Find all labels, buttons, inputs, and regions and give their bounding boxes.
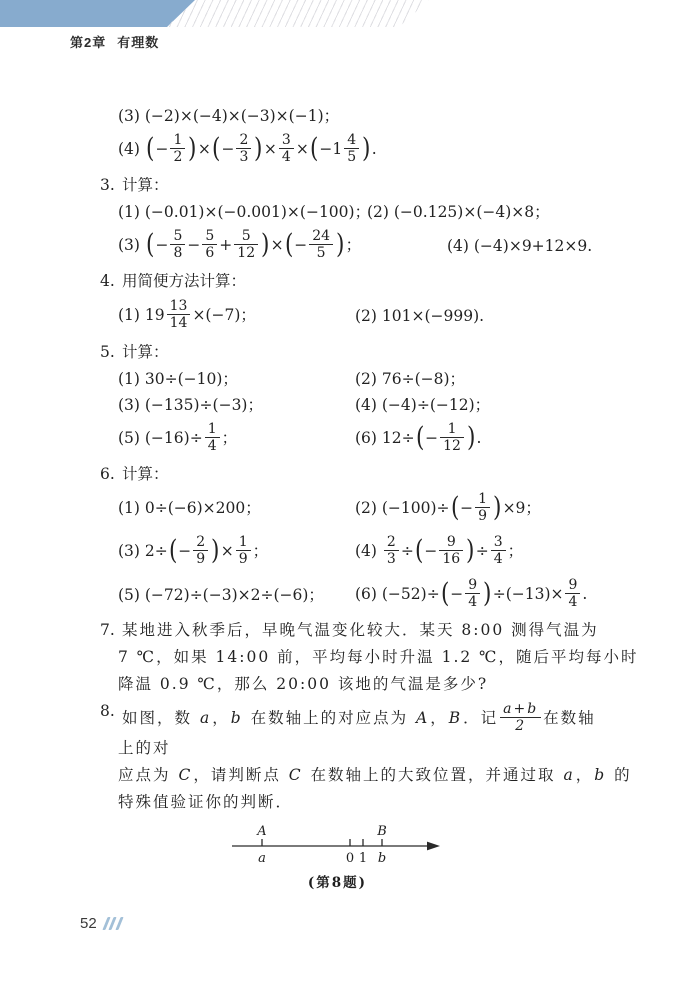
fraction-denominator: 12 <box>440 438 464 454</box>
problem-row: (3) (−135)÷(−3)；(4) (−4)÷(−12)； <box>118 395 602 416</box>
math-text: ； <box>253 542 269 560</box>
math-text: − <box>294 236 307 254</box>
math-text: (3) 2÷ <box>118 542 168 560</box>
fraction-numerator: 1 <box>440 421 464 438</box>
problem-title: 如图，数 a，b 在数轴上的对应点为 A，B．记a+b2在数轴上的对 <box>118 709 596 756</box>
fraction: 512 <box>234 228 258 261</box>
math-text: ．记 <box>463 709 498 727</box>
fraction: 56 <box>202 228 217 261</box>
fraction: 23 <box>384 534 399 567</box>
math-expression: (3) 2÷(−29)×19； <box>118 534 355 570</box>
math-text: (4) (−4)÷(−12)； <box>355 396 490 414</box>
math-text: − <box>425 429 438 447</box>
label-a: a <box>258 851 266 866</box>
problem-row: (5) (−16)÷14；(6) 12÷(−112). <box>118 421 602 457</box>
fraction: 58 <box>170 228 185 261</box>
math-text: × <box>221 542 234 560</box>
math-text: − <box>155 140 168 158</box>
fraction-denominator: 2 <box>170 149 185 165</box>
problem-row: (3) (−2)×(−4)×(−3)×(−1)； <box>118 106 602 127</box>
label-b: b <box>378 851 386 866</box>
fraction-numerator: 13 <box>167 298 191 315</box>
math-text: . <box>477 429 482 447</box>
math-expression: 降温 0.9 ℃，那么 20:00 该地的气温是多少? <box>118 674 602 695</box>
math-text: 特殊值验证你的判断． <box>118 793 293 811</box>
problem-heading: 5.计算： <box>118 342 602 363</box>
fraction-numerator: 5 <box>202 228 217 245</box>
problem-number: 4. <box>100 271 115 292</box>
math-expression: (5) (−16)÷14； <box>118 421 355 457</box>
math-text: ×9； <box>503 499 541 517</box>
fraction: 916 <box>439 534 463 567</box>
math-text: (2) (−100)÷ <box>355 499 450 517</box>
fraction-numerator: 1 <box>205 421 220 438</box>
footer-slash-icon <box>115 917 123 930</box>
math-text: (2) (−0.125)×(−4)×8； <box>367 203 550 221</box>
math-text: (2) 76÷(−8)； <box>355 370 465 388</box>
math-expression: (2) (−100)÷(−19)×9； <box>355 491 541 527</box>
number-line-svg: A B a 0 1 b <box>230 823 445 869</box>
fraction-numerator: 4 <box>344 132 359 149</box>
math-text: (1) 0÷(−6)×200； <box>118 499 261 517</box>
math-text: (1) 19 <box>118 306 165 324</box>
problem-title: 用简便方法计算： <box>122 272 246 290</box>
page-footer: 52 <box>80 913 121 934</box>
variable: b <box>593 766 607 784</box>
math-expression: (4) (−4)÷(−12)； <box>355 395 490 416</box>
math-text: 的 <box>607 766 631 784</box>
header-accent-bar <box>0 0 195 27</box>
math-expression: 应点为 C，请判断点 C 在数轴上的大致位置，并通过取 a，b 的 <box>118 765 602 786</box>
problem-row: 7 ℃，如果 14:00 前，平均每小时升温 1.2 ℃，随后平均每小时 <box>118 647 602 668</box>
fraction-numerator: 5 <box>170 228 185 245</box>
fraction-denominator: 8 <box>170 245 185 261</box>
problem-number: 6. <box>100 464 115 485</box>
fraction-denominator: 4 <box>465 594 480 610</box>
page-number: 52 <box>80 913 97 934</box>
fraction-numerator: 1 <box>170 132 185 149</box>
problem-row: 应点为 C，请判断点 C 在数轴上的大致位置，并通过取 a，b 的 <box>118 765 602 786</box>
math-text: (2) 101×(−999). <box>355 307 484 325</box>
problem-row: (4) (−12)×(−23)×34×(−145). <box>118 132 602 168</box>
fraction: 23 <box>236 132 251 165</box>
math-text: (1) (−0.01)×(−0.001)×(−100)； <box>118 203 370 221</box>
variable: C <box>177 766 193 784</box>
fraction-denominator: 6 <box>202 245 217 261</box>
math-text: ×(−7)； <box>192 306 255 324</box>
math-text: ； <box>508 542 524 560</box>
problem-row: 特殊值验证你的判断． <box>118 792 602 813</box>
problem-row: (1) 30÷(−10)；(2) 76÷(−8)； <box>118 369 602 390</box>
fraction-denominator: 14 <box>167 315 191 331</box>
math-text: ， <box>430 709 448 727</box>
math-expression: (5) (−72)÷(−3)×2÷(−6)； <box>118 585 355 606</box>
math-text: ，请判断点 <box>193 766 287 784</box>
problem: 7.某地进入秋季后，早晚气温变化较大．某天 8:00 测得气温为7 ℃，如果 1… <box>100 620 602 695</box>
math-expression: (1) (−0.01)×(−0.001)×(−100)； <box>118 202 355 223</box>
problem: (3) (−2)×(−4)×(−3)×(−1)；(4) (−12)×(−23)×… <box>100 106 602 168</box>
fraction-numerator: 1 <box>475 491 490 508</box>
math-expression: (4) 23÷(−916)÷34； <box>355 534 523 570</box>
fraction-numerator: 2 <box>193 534 208 551</box>
fraction-denominator: 16 <box>439 551 463 567</box>
math-expression: (4) (−4)×9+12×9. <box>447 236 592 257</box>
math-text: 计算： <box>122 343 169 361</box>
fraction: 29 <box>193 534 208 567</box>
math-expression: (1) 191314×(−7)； <box>118 298 355 334</box>
math-text: 降温 0.9 ℃，那么 20:00 该地的气温是多少? <box>118 675 488 693</box>
problem-number: 3. <box>100 175 115 196</box>
fraction-denominator: 3 <box>236 149 251 165</box>
math-expression: (2) 76÷(−8)； <box>355 369 465 390</box>
label-zero: 0 <box>346 851 354 866</box>
problem-row: (1) 0÷(−6)×200；(2) (−100)÷(−19)×9； <box>118 491 602 527</box>
fraction-numerator: 1 <box>236 534 251 551</box>
math-text: × <box>296 140 309 158</box>
problem-heading: 4.用简便方法计算： <box>118 271 602 292</box>
problem: 5.计算：(1) 30÷(−10)；(2) 76÷(−8)；(3) (−135)… <box>100 342 602 457</box>
math-text: − <box>450 585 463 603</box>
fraction: a+b2 <box>500 701 541 734</box>
fraction-numerator: a+b <box>500 701 541 718</box>
problem: 6.计算：(1) 0÷(−6)×200；(2) (−100)÷(−19)×9；(… <box>100 464 602 614</box>
fraction: 12 <box>170 132 185 165</box>
page-content: (3) (−2)×(−4)×(−3)×(−1)；(4) (−12)×(−23)×… <box>100 106 602 894</box>
problem-row: (1) 191314×(−7)；(2) 101×(−999). <box>118 298 602 334</box>
chapter-title: 有理数 <box>117 35 159 50</box>
chapter-header: 第2章有理数 <box>70 32 159 53</box>
variable: C <box>288 766 304 784</box>
problem-row: (5) (−72)÷(−3)×2÷(−6)；(6) (−52)÷(−94)÷(−… <box>118 577 602 613</box>
math-text: . <box>372 140 377 158</box>
variable: a <box>199 709 212 727</box>
fraction: 34 <box>491 534 506 567</box>
math-expression: 7 ℃，如果 14:00 前，平均每小时升温 1.2 ℃，随后平均每小时 <box>118 647 602 668</box>
variable: b <box>230 709 244 727</box>
problem: 3.计算：(1) (−0.01)×(−0.001)×(−100)；(2) (−0… <box>100 175 602 264</box>
problem-title: 计算： <box>122 465 169 483</box>
problem-list: (3) (−2)×(−4)×(−3)×(−1)；(4) (−12)×(−23)×… <box>100 106 602 813</box>
axis-arrow-icon <box>427 841 440 850</box>
fraction: 245 <box>309 228 333 261</box>
math-text: 计算： <box>122 465 169 483</box>
math-text: × <box>264 140 277 158</box>
math-text: (5) (−16)÷ <box>118 429 203 447</box>
math-text: (6) 12÷ <box>355 429 415 447</box>
fraction-denominator: 12 <box>234 245 258 261</box>
problem-title: 计算： <box>122 176 169 194</box>
problem-heading: 3.计算： <box>118 175 602 196</box>
fraction-numerator: 5 <box>234 228 258 245</box>
fraction-numerator: 9 <box>465 577 480 594</box>
math-text: 应点为 <box>118 766 177 784</box>
figure-caption: (第8题) <box>230 873 445 894</box>
math-text: ÷ <box>476 542 489 560</box>
math-expression: (6) (−52)÷(−94)÷(−13)×94. <box>355 577 587 613</box>
chapter-label: 第2章 <box>70 35 106 50</box>
math-text: (1) 30÷(−10)； <box>118 370 238 388</box>
math-text: ÷(−13)× <box>493 585 564 603</box>
problem-title: 某地进入秋季后，早晚气温变化较大．某天 8:00 测得气温为 <box>122 621 599 639</box>
math-text: × <box>271 236 284 254</box>
math-text: (4) (−4)×9+12×9. <box>447 237 592 255</box>
problem-heading: 8.如图，数 a，b 在数轴上的对应点为 A，B．记a+b2在数轴上的对 <box>118 701 602 758</box>
number-line-figure: A B a 0 1 b <box>230 823 445 869</box>
fraction-numerator: 9 <box>565 577 580 594</box>
math-expression: (1) 30÷(−10)； <box>118 369 355 390</box>
fraction-numerator: 9 <box>439 534 463 551</box>
math-text: (6) (−52)÷ <box>355 585 440 603</box>
problem: 8.如图，数 a，b 在数轴上的对应点为 A，B．记a+b2在数轴上的对应点为 … <box>100 701 602 812</box>
math-text: − <box>424 542 437 560</box>
fraction: 112 <box>440 421 464 454</box>
math-text: (3) (−2)×(−4)×(−3)×(−1)； <box>118 107 339 125</box>
math-text: (4) <box>355 542 382 560</box>
math-text: (5) (−72)÷(−3)×2÷(−6)； <box>118 586 324 604</box>
math-text: − <box>178 542 191 560</box>
math-expression: (2) 101×(−999). <box>355 306 484 327</box>
fraction: 19 <box>475 491 490 524</box>
fraction: 19 <box>236 534 251 567</box>
fraction-denominator: 4 <box>279 149 294 165</box>
fraction-denominator: 4 <box>205 438 220 454</box>
variable: B <box>448 709 463 727</box>
math-expression: (3) (−58−56+512)×(−245)； <box>118 228 355 264</box>
math-text: (3) <box>118 236 145 254</box>
problem-row: (3) 2÷(−29)×19；(4) 23÷(−916)÷34； <box>118 534 602 570</box>
fraction: 14 <box>205 421 220 454</box>
fraction-numerator: 3 <box>279 132 294 149</box>
fraction: 45 <box>344 132 359 165</box>
math-text: 7 ℃，如果 14:00 前，平均每小时升温 1.2 ℃，随后平均每小时 <box>118 648 639 666</box>
math-text: ， <box>576 766 594 784</box>
fraction-denominator: 9 <box>475 508 490 524</box>
fraction-denominator: 3 <box>384 551 399 567</box>
problem-number: 5. <box>100 342 115 363</box>
math-text: −1 <box>319 140 342 158</box>
problem-row: (1) (−0.01)×(−0.001)×(−100)；(2) (−0.125)… <box>118 202 602 223</box>
fraction-denominator: 9 <box>193 551 208 567</box>
math-text: − <box>187 236 200 254</box>
math-text: . <box>582 585 587 603</box>
problem-number: 7. <box>100 620 115 641</box>
math-expression: (3) (−135)÷(−3)； <box>118 395 355 416</box>
variable: A <box>415 709 430 727</box>
math-text: 如图，数 <box>122 709 199 727</box>
math-text: − <box>155 236 168 254</box>
problem-row: 降温 0.9 ℃，那么 20:00 该地的气温是多少? <box>118 674 602 695</box>
math-text: ， <box>212 709 230 727</box>
problem-number: 8. <box>100 701 115 722</box>
problem: 4.用简便方法计算：(1) 191314×(−7)；(2) 101×(−999)… <box>100 271 602 334</box>
fraction-denominator: 4 <box>565 594 580 610</box>
math-text: ÷ <box>401 542 414 560</box>
problem-row: (3) (−58−56+512)×(−245)；(4) (−4)×9+12×9. <box>118 228 602 264</box>
fraction-denominator: 2 <box>500 718 541 734</box>
math-text: 在数轴上的对应点为 <box>244 709 415 727</box>
header-hatch-pattern <box>166 0 429 27</box>
fraction-numerator: 2 <box>384 534 399 551</box>
fraction: 34 <box>279 132 294 165</box>
variable: a <box>562 766 575 784</box>
math-expression: (3) (−2)×(−4)×(−3)×(−1)； <box>118 106 355 127</box>
problem-heading: 6.计算： <box>118 464 602 485</box>
math-text: (4) <box>118 140 145 158</box>
label-one: 1 <box>359 851 367 866</box>
math-text: − <box>221 140 234 158</box>
label-point-B: B <box>376 824 387 839</box>
math-text: + <box>219 236 232 254</box>
math-expression: 特殊值验证你的判断． <box>118 792 602 813</box>
fraction-denominator: 5 <box>344 149 359 165</box>
fraction: 94 <box>465 577 480 610</box>
math-expression: (4) (−12)×(−23)×34×(−145). <box>118 132 355 168</box>
math-text: 计算： <box>122 176 169 194</box>
math-text: ； <box>222 429 238 447</box>
fraction: 1314 <box>167 298 191 331</box>
math-expression: (6) 12÷(−112). <box>355 421 481 457</box>
fraction-denominator: 5 <box>309 245 333 261</box>
math-text: × <box>198 140 211 158</box>
math-text: ； <box>346 236 362 254</box>
math-expression: (1) 0÷(−6)×200； <box>118 498 355 519</box>
fraction-numerator: 3 <box>491 534 506 551</box>
fraction-numerator: 2 <box>236 132 251 149</box>
fraction-denominator: 4 <box>491 551 506 567</box>
label-point-A: A <box>256 824 266 839</box>
math-expression: (2) (−0.125)×(−4)×8； <box>367 202 550 223</box>
math-text: (3) (−135)÷(−3)； <box>118 396 263 414</box>
math-text: 在数轴上的大致位置，并通过取 <box>304 766 563 784</box>
math-text: 用简便方法计算： <box>122 272 246 290</box>
fraction-denominator: 9 <box>236 551 251 567</box>
math-text: 某地进入秋季后，早晚气温变化较大．某天 8:00 测得气温为 <box>122 621 599 639</box>
problem-heading: 7.某地进入秋季后，早晚气温变化较大．某天 8:00 测得气温为 <box>118 620 602 641</box>
fraction: 94 <box>565 577 580 610</box>
problem-title: 计算： <box>122 343 169 361</box>
fraction-numerator: 24 <box>309 228 333 245</box>
math-text: − <box>460 499 473 517</box>
